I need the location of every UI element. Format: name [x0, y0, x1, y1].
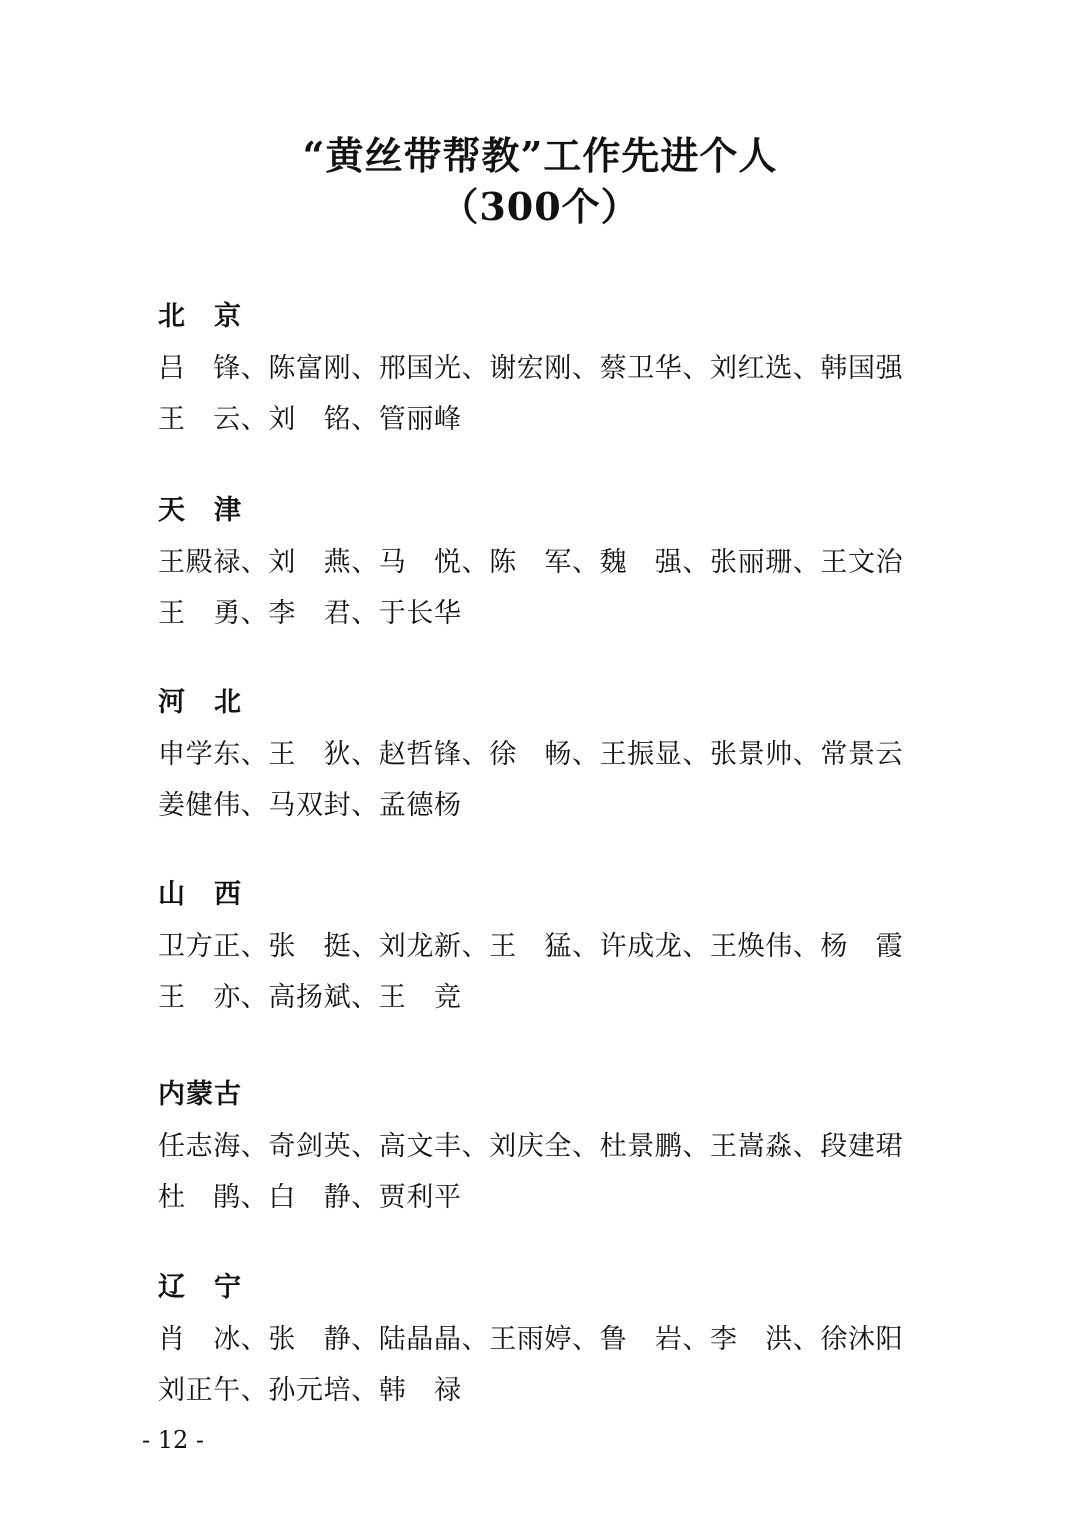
province-heading: 天 津	[158, 497, 978, 527]
page-number: - 12 -	[142, 1428, 204, 1452]
document-title: “黄丝带帮教”工作先进个人	[0, 137, 1080, 175]
section-beijing: 北 京 吕 锋、陈富刚、邢国光、谢宏刚、蔡卫华、刘红选、韩国强 王 云、刘 铭、…	[158, 303, 978, 436]
names-line: 王 亦、高扬斌、王 竞	[158, 984, 978, 1014]
names-line: 王 云、刘 铭、管丽峰	[158, 406, 978, 436]
names-line: 卫方正、张 挺、刘龙新、王 猛、许成龙、王焕伟、杨 霞	[158, 933, 978, 963]
document-subtitle-count: （300个）	[0, 188, 1080, 226]
province-heading: 山 西	[158, 881, 978, 911]
names-line: 申学东、王 狄、赵哲锋、徐 畅、王振显、张景帅、常景云	[158, 741, 978, 771]
names-line: 任志海、奇剑英、高文丰、刘庆全、杜景鹏、王嵩淼、段建珺	[158, 1133, 978, 1163]
names-line: 王 勇、李 君、于长华	[158, 600, 978, 630]
section-shanxi: 山 西 卫方正、张 挺、刘龙新、王 猛、许成龙、王焕伟、杨 霞 王 亦、高扬斌、…	[158, 881, 978, 1014]
names-line: 姜健伟、马双封、孟德杨	[158, 792, 978, 822]
section-hebei: 河 北 申学东、王 狄、赵哲锋、徐 畅、王振显、张景帅、常景云 姜健伟、马双封、…	[158, 689, 978, 822]
section-liaoning: 辽 宁 肖 冰、张 静、陆晶晶、王雨婷、鲁 岩、李 洪、徐沐阳 刘正午、孙元培、…	[158, 1274, 978, 1407]
province-heading: 辽 宁	[158, 1274, 978, 1304]
names-line: 肖 冰、张 静、陆晶晶、王雨婷、鲁 岩、李 洪、徐沐阳	[158, 1326, 978, 1356]
names-line: 刘正午、孙元培、韩 禄	[158, 1377, 978, 1407]
names-line: 杜 鹃、白 静、贾利平	[158, 1184, 978, 1214]
section-tianjin: 天 津 王殿禄、刘 燕、马 悦、陈 军、魏 强、张丽珊、王文治 王 勇、李 君、…	[158, 497, 978, 630]
province-heading: 河 北	[158, 689, 978, 719]
province-heading: 北 京	[158, 303, 978, 333]
names-line: 吕 锋、陈富刚、邢国光、谢宏刚、蔡卫华、刘红选、韩国强	[158, 355, 978, 385]
province-heading: 内蒙古	[158, 1081, 978, 1111]
section-inner-mongolia: 内蒙古 任志海、奇剑英、高文丰、刘庆全、杜景鹏、王嵩淼、段建珺 杜 鹃、白 静、…	[158, 1081, 978, 1214]
names-line: 王殿禄、刘 燕、马 悦、陈 军、魏 强、张丽珊、王文治	[158, 549, 978, 579]
